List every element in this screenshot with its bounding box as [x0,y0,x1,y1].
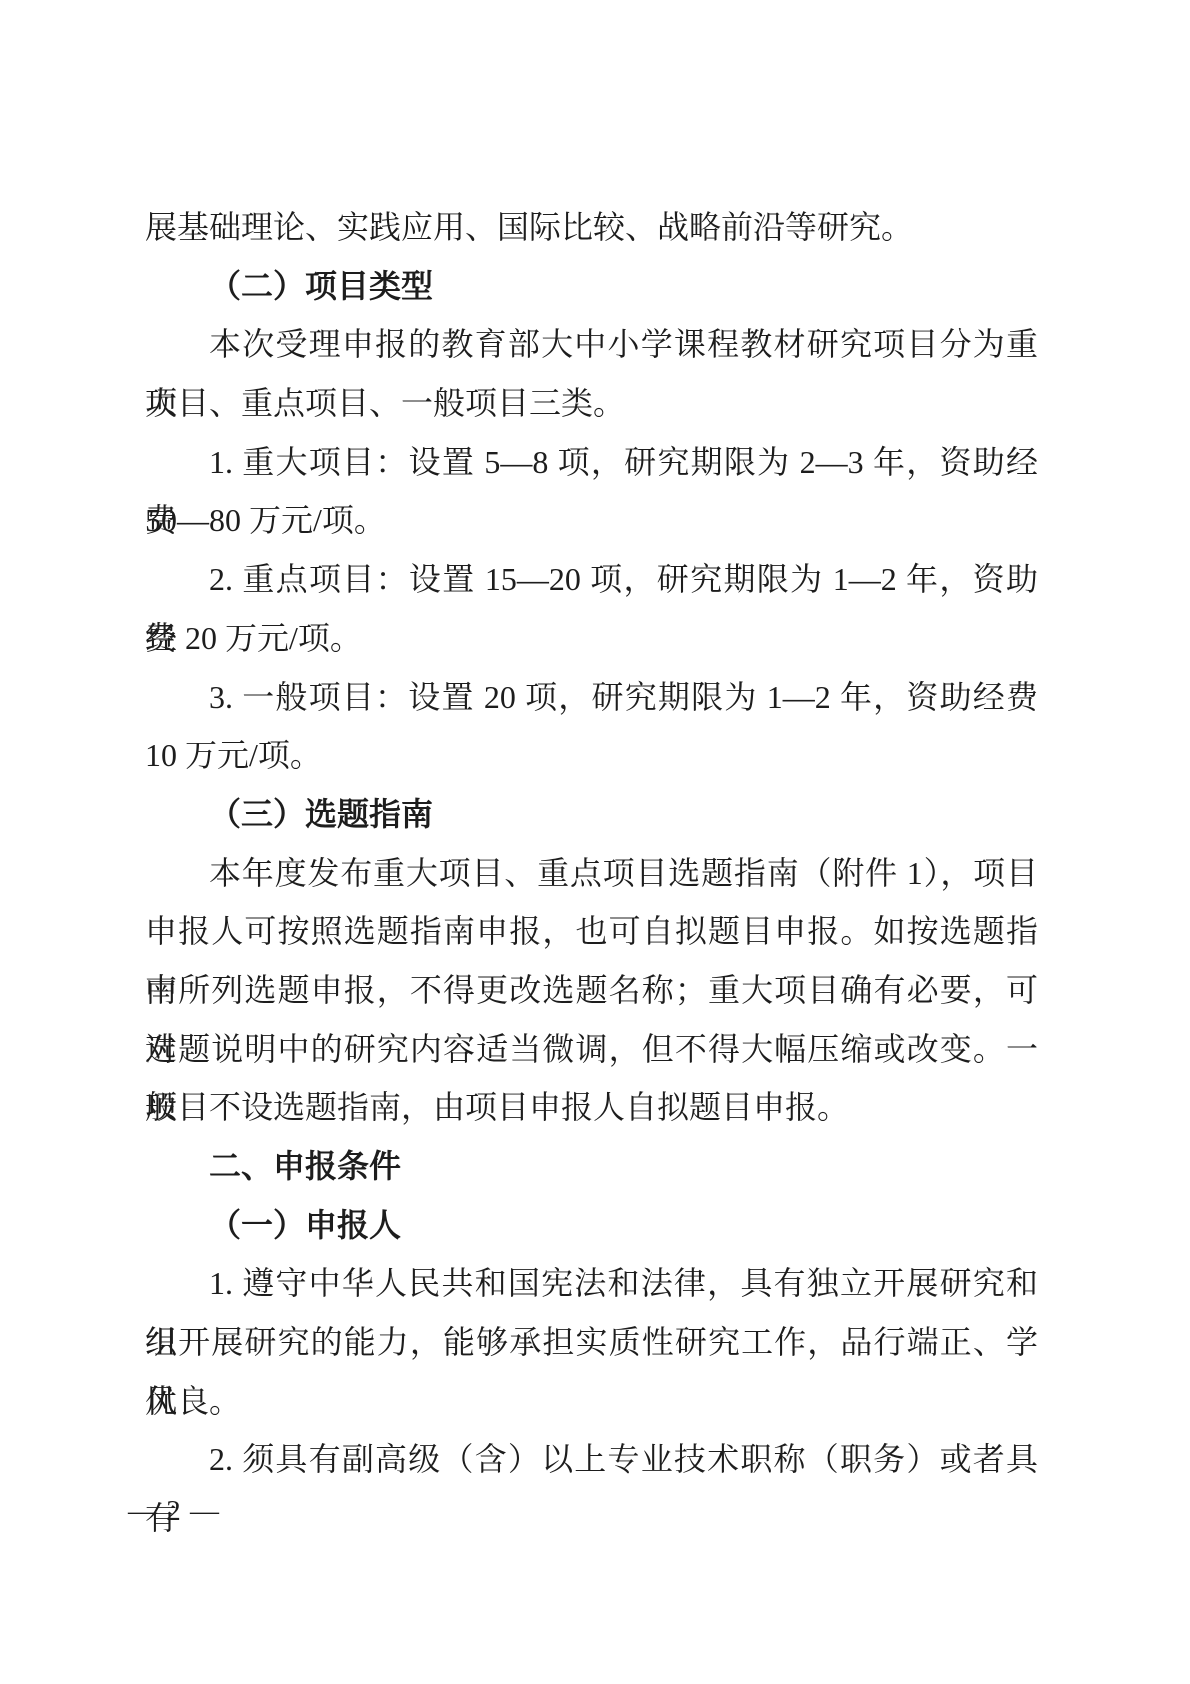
text-line: 2. 重点项目：设置 15—20 项，研究期限为 1—2 年，资助经 [145,550,1038,609]
text-line: 项目、重点项目、一般项目三类。 [145,374,1038,433]
body-text: 展基础理论、实践应用、国际比较、战略前沿等研究。（二）项目类型本次受理申报的教育… [145,198,1038,1489]
text-line: 优良。 [145,1372,1038,1431]
document-page: 展基础理论、实践应用、国际比较、战略前沿等研究。（二）项目类型本次受理申报的教育… [0,0,1190,1684]
text-line: 项目不设选题指南，由项目申报人自拟题目申报。 [145,1078,1038,1137]
text-line: 展基础理论、实践应用、国际比较、战略前沿等研究。 [145,198,1038,257]
text-line: 3. 一般项目：设置 20 项，研究期限为 1—2 年，资助经费 [145,668,1038,727]
text-line: 2. 须具有副高级（含）以上专业技术职称（职务）或者具有 [145,1430,1038,1489]
subsection-heading-line: （一）申报人 [145,1196,1038,1255]
text-line: 50—80 万元/项。 [145,491,1038,550]
text-line: 1. 遵守中华人民共和国宪法和法律，具有独立开展研究和组 [145,1254,1038,1313]
text-line: 本次受理申报的教育部大中小学课程教材研究项目分为重大 [145,315,1038,374]
text-line: 本年度发布重大项目、重点项目选题指南（附件 1），项目 [145,844,1038,903]
text-line: 10 万元/项。 [145,726,1038,785]
text-line: 选题说明中的研究内容适当微调，但不得大幅压缩或改变。一般 [145,1020,1038,1079]
text-line: 费 20 万元/项。 [145,609,1038,668]
section-heading-line: 二、申报条件 [145,1137,1038,1196]
text-line: 织开展研究的能力，能够承担实质性研究工作，品行端正、学风 [145,1313,1038,1372]
text-line: 中所列选题申报，不得更改选题名称；重大项目确有必要，可对 [145,961,1038,1020]
subsection-heading-line: （三）选题指南 [145,785,1038,844]
text-line: 申报人可按照选题指南申报，也可自拟题目申报。如按选题指南 [145,902,1038,961]
page-number-footer: — 2 — [128,1494,220,1528]
subsection-heading-line: （二）项目类型 [145,257,1038,316]
text-line: 1. 重大项目：设置 5—8 项，研究期限为 2—3 年，资助经费 [145,433,1038,492]
